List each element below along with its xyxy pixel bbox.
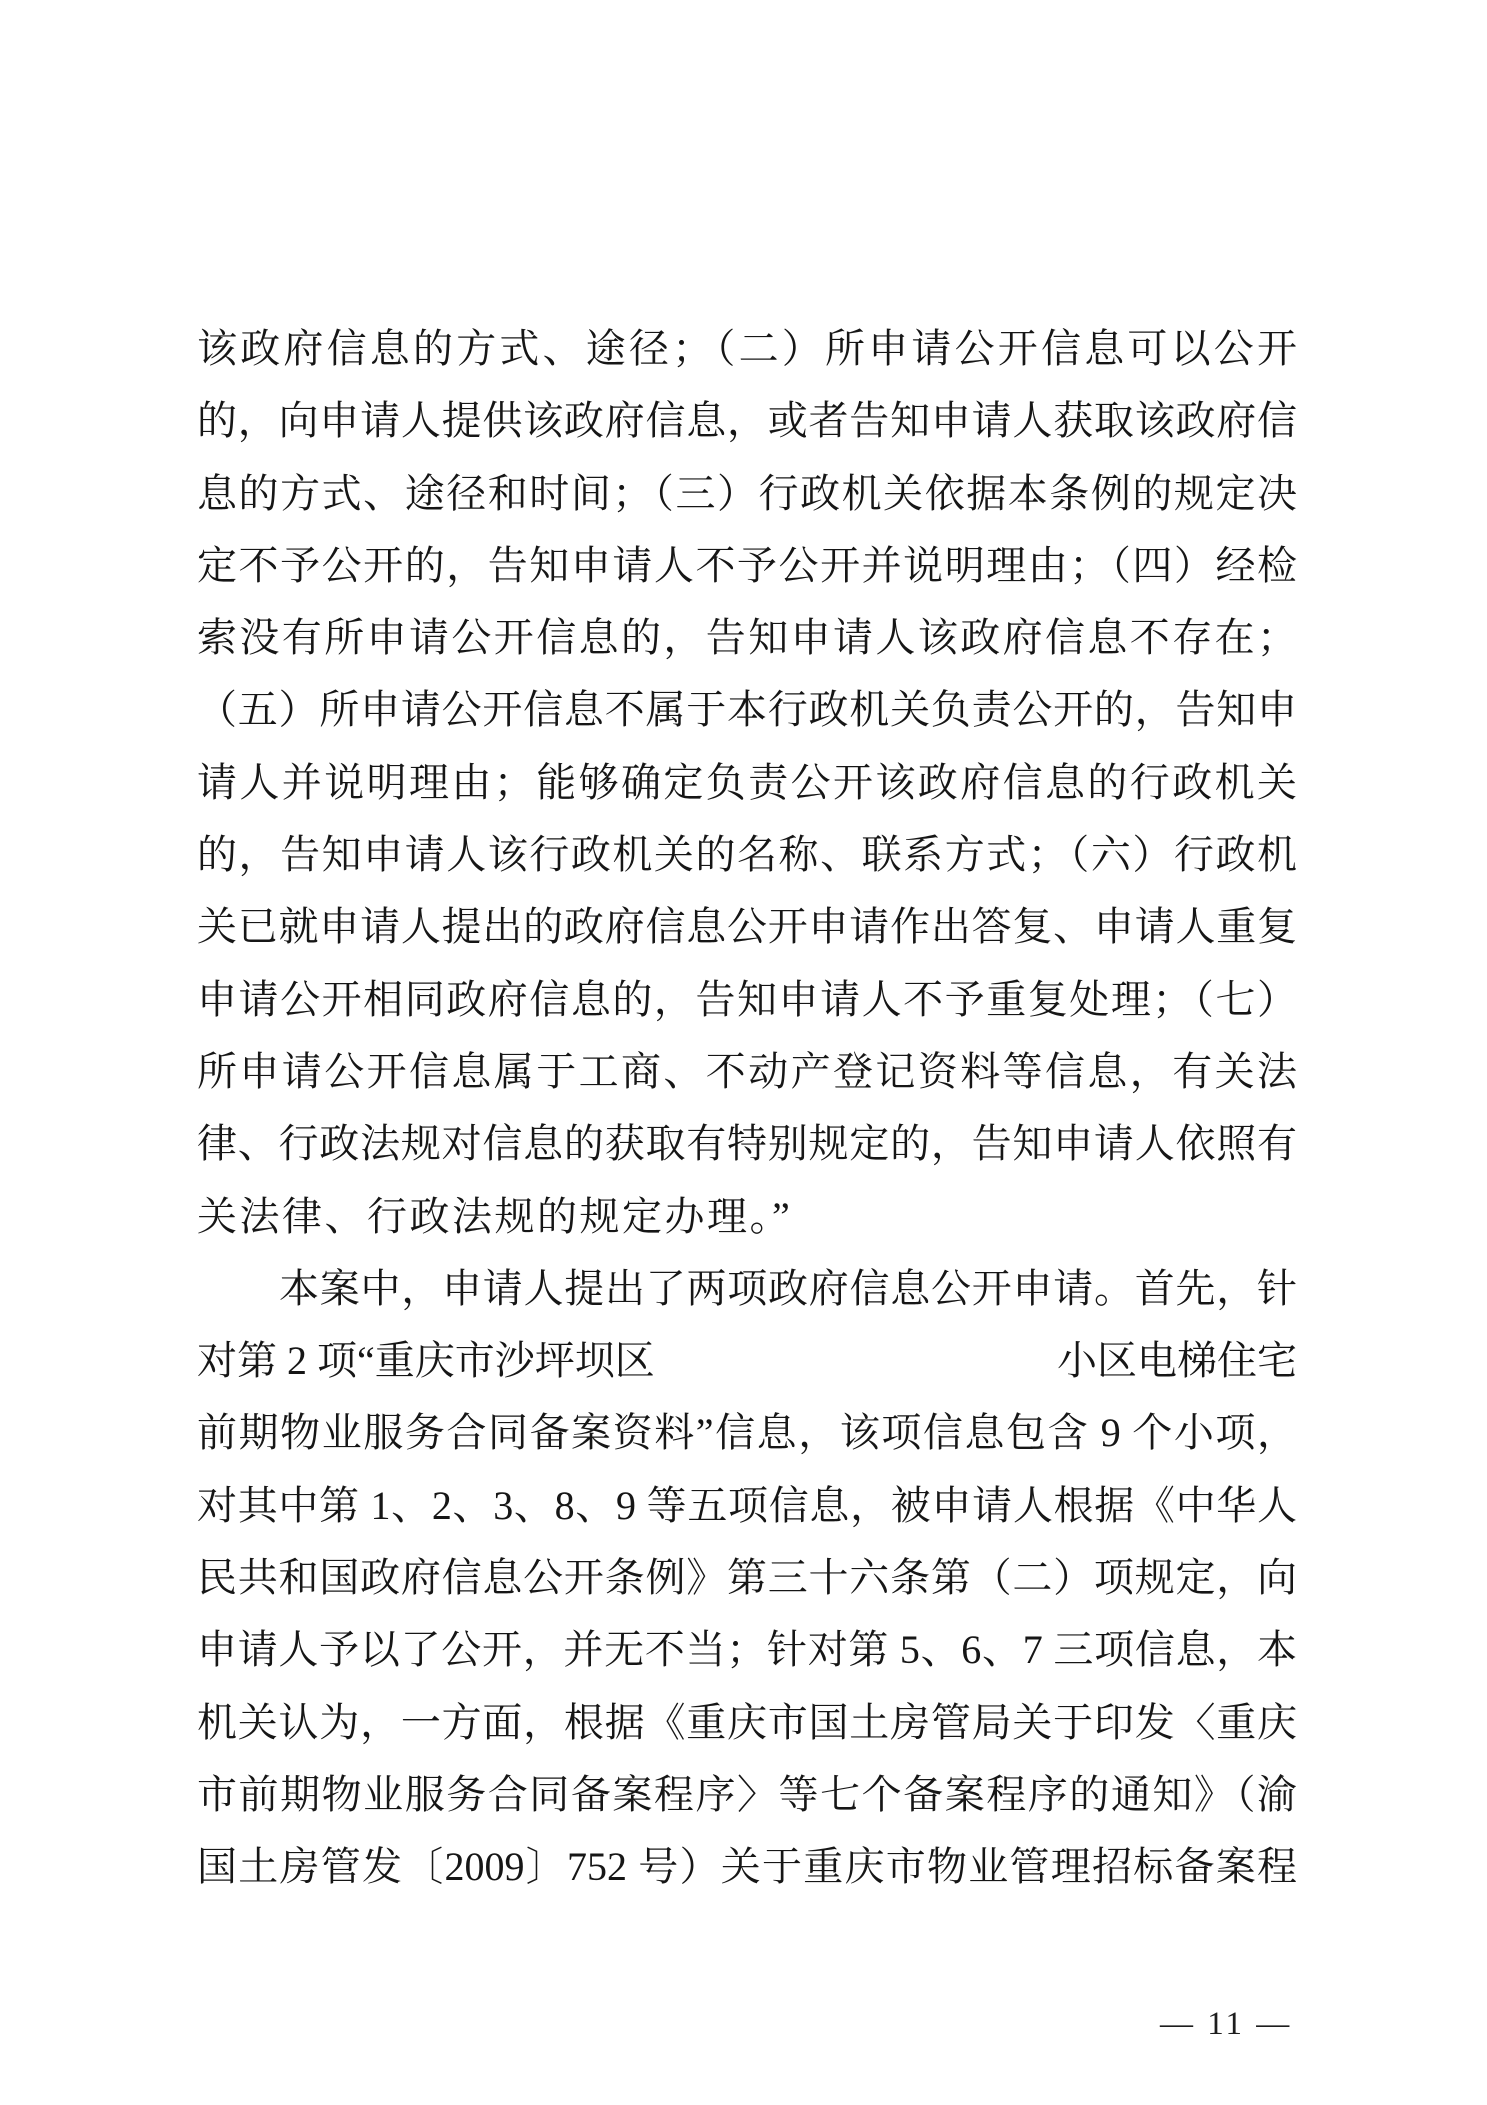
text-line: 本案中，申请人提出了两项政府信息公开申请。首先，针 [197, 1253, 1297, 1325]
redacted-line-before: 对第 2 项“重庆市沙坪坝区 [197, 1325, 655, 1397]
redacted-line: 对第 2 项“重庆市沙坪坝区 小区电梯住宅 [197, 1325, 1297, 1397]
text-line: 前期物业服务合同备案资料”信息，该项信息包含 9 个小项， [197, 1397, 1297, 1469]
text-line: 该政府信息的方式、途径；（二）所申请公开信息可以公开 [197, 313, 1297, 385]
text-line: 申请人予以了公开，并无不当；针对第 5、6、7 三项信息，本 [197, 1614, 1297, 1686]
body-text: 该政府信息的方式、途径；（二）所申请公开信息可以公开 的，向申请人提供该政府信息… [197, 313, 1297, 1904]
text-line: 律、行政法规对信息的获取有特别规定的，告知申请人依照有 [197, 1108, 1297, 1180]
text-line: 息的方式、途径和时间；（三）行政机关依据本条例的规定决 [197, 458, 1297, 530]
text-line: 市前期物业服务合同备案程序〉等七个备案程序的通知》（渝 [197, 1759, 1297, 1831]
text-line: 的，向申请人提供该政府信息，或者告知申请人获取该政府信 [197, 385, 1297, 457]
text-line: 索没有所申请公开信息的，告知申请人该政府信息不存在； [197, 602, 1297, 674]
text-line: 请人并说明理由；能够确定负责公开该政府信息的行政机关 [197, 747, 1297, 819]
document-page: 该政府信息的方式、途径；（二）所申请公开信息可以公开 的，向申请人提供该政府信息… [0, 0, 1487, 2105]
text-line: 民共和国政府信息公开条例》第三十六条第（二）项规定，向 [197, 1542, 1297, 1614]
text-line: 定不予公开的，告知申请人不予公开并说明理由；（四）经检 [197, 530, 1297, 602]
text-line: 机关认为，一方面，根据《重庆市国土房管局关于印发〈重庆 [197, 1687, 1297, 1759]
page-number: — 11 — [1160, 2002, 1292, 2046]
text-line: 关法律、行政法规的规定办理。” [197, 1181, 1297, 1253]
text-line: 对其中第 1、2、3、8、9 等五项信息，被申请人根据《中华人 [197, 1470, 1297, 1542]
paragraph-2: 本案中，申请人提出了两项政府信息公开申请。首先，针 对第 2 项“重庆市沙坪坝区… [197, 1253, 1297, 1904]
text-line: 所申请公开信息属于工商、不动产登记资料等信息，有关法 [197, 1036, 1297, 1108]
text-line: 的，告知申请人该行政机关的名称、联系方式；（六）行政机 [197, 819, 1297, 891]
paragraph-1: 该政府信息的方式、途径；（二）所申请公开信息可以公开 的，向申请人提供该政府信息… [197, 313, 1297, 1253]
text-line: 国土房管发〔2009〕752 号）关于重庆市物业管理招标备案程 [197, 1831, 1297, 1903]
text-line: （五）所申请公开信息不属于本行政机关负责公开的，告知申 [197, 674, 1297, 746]
redacted-line-after: 小区电梯住宅 [1057, 1325, 1297, 1397]
text-line: 申请公开相同政府信息的，告知申请人不予重复处理；（七） [197, 964, 1297, 1036]
text-line: 关已就申请人提出的政府信息公开申请作出答复、申请人重复 [197, 891, 1297, 963]
